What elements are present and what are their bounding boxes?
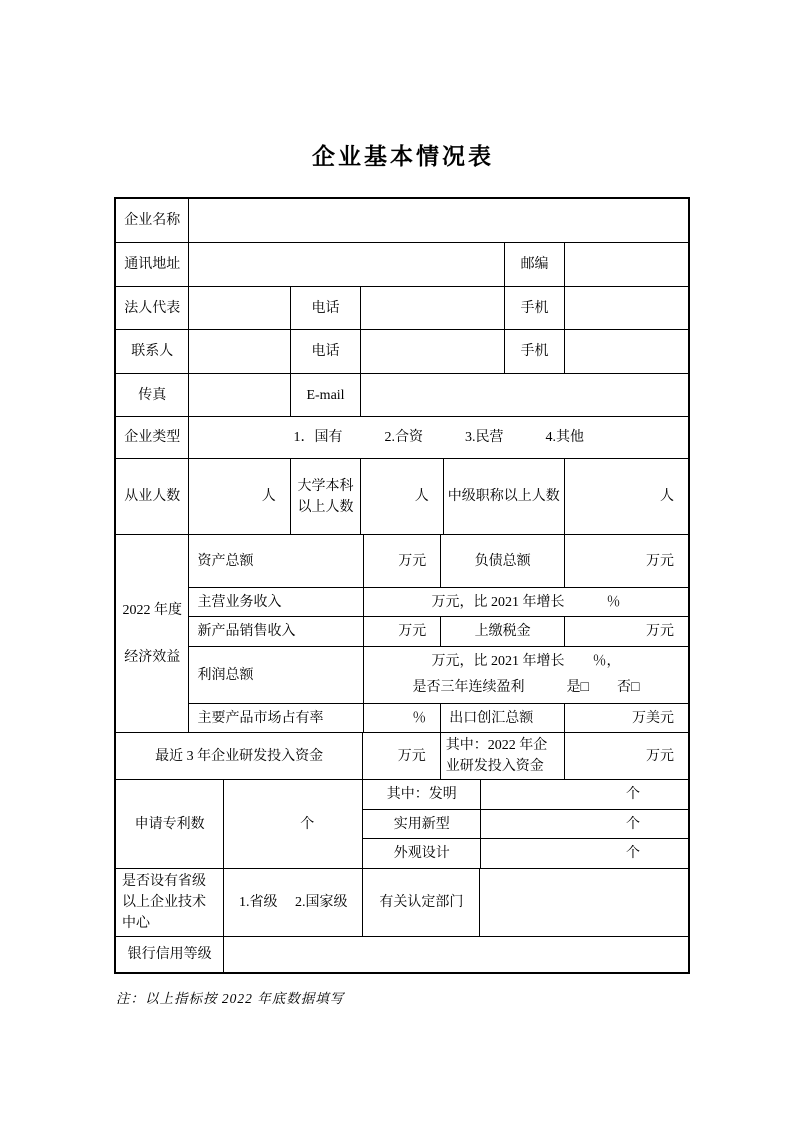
form-document: 企业基本情况表 企业名称 通讯地址 邮编 法人代表 电话 手机 — [114, 138, 692, 1007]
subrow-profit: 利润总额 万元，比 2021 年增长 ％， 是否三年连续盈利 是□ 否□ — [189, 646, 688, 703]
row-address: 通讯地址 邮编 — [116, 242, 688, 286]
fax-input-cell[interactable] — [188, 374, 289, 416]
total-profit-input-cell[interactable]: 万元，比 2021 年增长 ％， 是否三年连续盈利 是□ 否□ — [363, 647, 688, 703]
bank-credit-rating-input-cell[interactable] — [223, 937, 688, 972]
contact-phone-label: 电话 — [290, 330, 361, 373]
bachelor-count-input-cell[interactable]: 人 — [360, 459, 442, 534]
invention-patents-input-cell[interactable]: 个 — [480, 780, 688, 809]
footnote: 注：以上指标按 2022 年底数据填写 — [114, 987, 692, 1007]
utility-model-label: 实用新型 — [363, 810, 480, 838]
total-profit-label: 利润总额 — [189, 647, 362, 703]
company-name-label: 企业名称 — [116, 199, 188, 242]
subrow-new-product: 新产品销售收入 万元 上缴税金 万元 — [189, 616, 688, 646]
design-patents-input-cell[interactable]: 个 — [480, 839, 688, 868]
contact-mobile-label: 手机 — [504, 330, 564, 373]
midtitle-count-label: 中级职称以上人数 — [443, 459, 564, 534]
legal-phone-label: 电话 — [290, 287, 361, 329]
total-liabilities-input-cell[interactable]: 万元 — [564, 535, 688, 587]
subrow-market-share: 主要产品市场占有率 ％ 出口创汇总额 万美元 — [189, 703, 688, 732]
enterprise-type-label: 企业类型 — [116, 417, 188, 458]
enterprise-info-table: 企业名称 通讯地址 邮编 法人代表 电话 手机 联系人 — [114, 197, 690, 974]
subrow-utility-model: 实用新型 个 — [363, 809, 688, 838]
rd-investment-2022-label: 其中：2022 年企业研发投入资金 — [440, 733, 564, 779]
fax-label: 传真 — [116, 374, 188, 416]
new-product-revenue-input-cell[interactable]: 万元 — [363, 617, 440, 646]
row-rd-investment: 最近 3 年企业研发投入资金 万元 其中：2022 年企业研发投入资金 万元 — [116, 732, 688, 779]
row-economic-benefits: 2022 年度 经济效益 资产总额 万元 负债总额 万元 主营业务收入 万元，比… — [116, 534, 688, 732]
profit-growth-line: 万元，比 2021 年增长 ％， — [368, 649, 684, 676]
invention-patents-label: 其中：发明 — [363, 780, 480, 809]
row-patents: 申请专利数 个 其中：发明 个 实用新型 个 外观设计 个 — [116, 779, 688, 868]
enterprise-type-options-cell[interactable]: 1．国有 2.合资 3.民营 4.其他 — [188, 417, 688, 458]
new-product-revenue-label: 新产品销售收入 — [189, 617, 362, 646]
economic-benefits-label: 2022 年度 经济效益 — [116, 535, 188, 732]
patent-breakdown-subtable: 其中：发明 个 实用新型 个 外观设计 个 — [362, 780, 688, 868]
rd-investment-label: 最近 3 年企业研发投入资金 — [116, 733, 362, 779]
tech-center-label: 是否设有省级以上企业技术中心 — [116, 869, 223, 936]
certifying-department-input-cell[interactable] — [479, 869, 688, 936]
market-share-input-cell[interactable]: ％ — [363, 704, 440, 732]
row-legal-representative: 法人代表 电话 手机 — [116, 286, 688, 329]
economic-benefits-label-line1: 2022 年度 — [122, 600, 182, 621]
tax-paid-input-cell[interactable]: 万元 — [564, 617, 688, 646]
profit-three-year-checkboxes[interactable]: 是否三年连续盈利 是□ 否□ — [368, 675, 684, 702]
legal-mobile-label: 手机 — [504, 287, 564, 329]
document-page: 企业基本情况表 企业名称 通讯地址 邮编 法人代表 电话 手机 — [0, 0, 793, 1122]
contact-person-label: 联系人 — [116, 330, 188, 373]
row-enterprise-type: 企业类型 1．国有 2.合资 3.民营 4.其他 — [116, 416, 688, 458]
certifying-department-label: 有关认定部门 — [362, 869, 479, 936]
total-liabilities-label: 负债总额 — [440, 535, 564, 587]
patent-total-input-cell[interactable]: 个 — [223, 780, 362, 868]
legal-phone-input-cell[interactable] — [360, 287, 504, 329]
export-earnings-input-cell[interactable]: 万美元 — [564, 704, 688, 732]
employees-total-input-cell[interactable]: 人 — [188, 459, 289, 534]
total-assets-label: 资产总额 — [189, 535, 362, 587]
market-share-label: 主要产品市场占有率 — [189, 704, 362, 732]
legal-representative-label: 法人代表 — [116, 287, 188, 329]
email-label: E-mail — [290, 374, 361, 416]
employees-label: 从业人数 — [116, 459, 188, 534]
row-fax-email: 传真 E-mail — [116, 373, 688, 416]
contact-person-input-cell[interactable] — [188, 330, 289, 373]
legal-representative-input-cell[interactable] — [188, 287, 289, 329]
bachelor-count-label: 大学本科以上人数 — [290, 459, 361, 534]
economic-benefits-subtable: 资产总额 万元 负债总额 万元 主营业务收入 万元，比 2021 年增长 ％ 新… — [188, 535, 688, 732]
subrow-design: 外观设计 个 — [363, 838, 688, 868]
company-name-input-cell[interactable] — [188, 199, 688, 242]
row-bank-credit: 银行信用等级 — [116, 936, 688, 972]
postal-code-input-cell[interactable] — [564, 243, 688, 286]
address-label: 通讯地址 — [116, 243, 188, 286]
postal-code-label: 邮编 — [504, 243, 564, 286]
row-tech-center: 是否设有省级以上企业技术中心 1.省级 2.国家级 有关认定部门 — [116, 868, 688, 936]
patent-applications-label: 申请专利数 — [116, 780, 223, 868]
export-earnings-label: 出口创汇总额 — [440, 704, 564, 732]
row-company-name: 企业名称 — [116, 199, 688, 242]
address-input-cell[interactable] — [188, 243, 504, 286]
form-title: 企业基本情况表 — [114, 138, 692, 171]
midtitle-count-input-cell[interactable]: 人 — [564, 459, 688, 534]
rd-investment-input-cell[interactable]: 万元 — [362, 733, 439, 779]
legal-mobile-input-cell[interactable] — [564, 287, 688, 329]
contact-mobile-input-cell[interactable] — [564, 330, 688, 373]
subrow-main-revenue: 主营业务收入 万元，比 2021 年增长 ％ — [189, 587, 688, 616]
subrow-invention: 其中：发明 个 — [363, 780, 688, 809]
row-employees: 从业人数 人 大学本科以上人数 人 中级职称以上人数 人 — [116, 458, 688, 534]
rd-investment-2022-input-cell[interactable]: 万元 — [564, 733, 688, 779]
tech-center-options-cell[interactable]: 1.省级 2.国家级 — [223, 869, 362, 936]
tax-paid-label: 上缴税金 — [440, 617, 564, 646]
utility-model-input-cell[interactable]: 个 — [480, 810, 688, 838]
economic-benefits-label-line2: 经济效益 — [124, 647, 180, 668]
total-assets-input-cell[interactable]: 万元 — [363, 535, 440, 587]
row-contact-person: 联系人 电话 手机 — [116, 329, 688, 373]
contact-phone-input-cell[interactable] — [360, 330, 504, 373]
main-revenue-label: 主营业务收入 — [189, 588, 362, 616]
subrow-assets: 资产总额 万元 负债总额 万元 — [189, 535, 688, 587]
design-patents-label: 外观设计 — [363, 839, 480, 868]
main-revenue-input-cell[interactable]: 万元，比 2021 年增长 ％ — [363, 588, 688, 616]
email-input-cell[interactable] — [360, 374, 688, 416]
bank-credit-rating-label: 银行信用等级 — [116, 937, 223, 972]
